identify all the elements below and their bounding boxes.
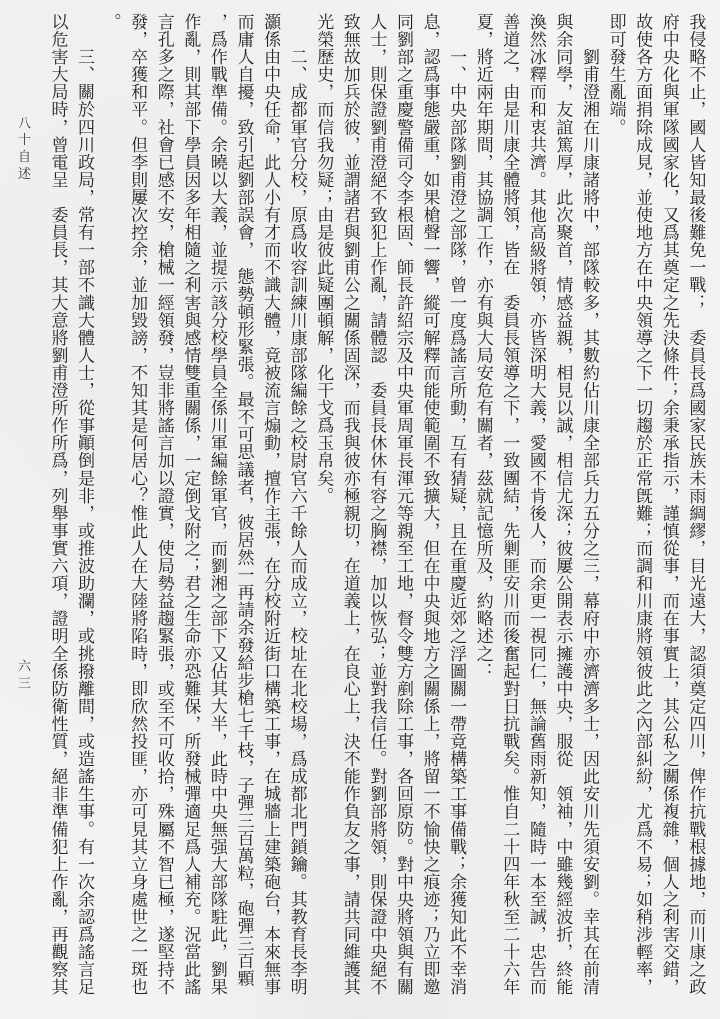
text-column: 致無故加兵於彼，並謂諸君與劉甫公之關係固深，而我與彼亦極親切，在道義上，在良心上… [336,0,363,1005]
text-column: 灝係由中央任命，此人小有才而不識大體，竟被流言煽動，擅作主張，在分校附近街口構築… [256,0,283,1005]
text-column: 以危害大局時，曾電呈 委員長，其大意將劉甫澄所作所爲，列舉事實六項，證明全係防衛… [44,0,71,1005]
body-text: 我侵略不止，國人皆知最後難免一戰； 委員長爲國家民族未雨綢繆，目光遠大，認須奠定… [44,0,708,1019]
text-column: 與余同學，友誼篤厚，此次聚首，情感益親，相見以誠，相信尤深；彼屢公開表示擁護中央… [549,0,576,1005]
page-number: 六三 [13,659,31,693]
text-column: 。 [97,0,124,1005]
text-column: 我侵略不止，國人皆知最後難免一戰； 委員長爲國家民族未雨綢繆，目光遠大，認須奠定… [682,0,709,1005]
text-column: 夏，將近兩年期間，其協調工作，亦有與大局安危有關者，茲就記憶所及，約略述之： [469,0,496,1005]
running-head: 八十自述 [13,116,31,183]
text-column: 息，認爲事態嚴重，如果槍聲一響，縱可解釋而能使範圍不致擴大，但在中央與地方之關係… [416,0,443,1005]
text-column: 人士，則保證劉甫澄絕不致犯上作亂，請體認 委員長休休有容之胸襟，加以恢弘；並對我… [363,0,390,1005]
text-column: 發，卒獲和平。但李則屢次控余，並加毀謗，不知其是何居心？惟此人在大陸將陷時，即欣… [124,0,151,1005]
text-column: 二、成都軍官分校，原爲收容訓練川康部隊編餘之校尉官六千餘人而成立，校址在北校場，… [283,0,310,1005]
text-column: 而庸人自擾，致引起劉部誤會， 態勢頓形緊張。最不可思議者，彼居然一再請余發給步槍… [230,0,257,1005]
text-column: 府中央化與軍隊國家化，又爲其奠定之先決條件；余秉承指示，謹慎從事，而在事實上，其… [655,0,682,1005]
text-column: 光榮歷史，而信我勿疑；由是彼此疑團頓解，化干戈爲玉帛矣。 [310,0,337,1005]
text-column: ，爲作戰準備。余曉以大義，並提示該分校學員全係川軍編餘軍官，而劉湘之部下又佔其大… [203,0,230,1005]
text-column: 同劉部之重慶警備司令李根固、師長許紹宗及中央軍周軍長渾元等親至工地，督令雙方剷除… [389,0,416,1005]
text-column: 三、關於四川政局，常有一部不識大體人士，從事顚倒是非，或推波助瀾，或挑撥離間，或… [70,0,97,1005]
text-column: 言孔多之際，社會已感不安，槍械一經領發，豈非將謠言加以證實，使局勢益趨緊張，或至… [150,0,177,1005]
text-column: 劉甫澄湘在川康諸將中，部隊較多，其數約佔川康全部兵力五分之三，幕府中亦濟濟多士，… [575,0,602,1005]
text-column: 善道之，由是川康全體將領，皆在 委員長領導之下，一致團結，先剿匪安川而後奮起對日… [496,0,523,1005]
book-page: 我侵略不止，國人皆知最後難免一戰； 委員長爲國家民族未雨綢繆，目光遠大，認須奠定… [0,0,720,1019]
text-column: 渙然冰釋而和衷共濟。其他高級將領，亦皆深明大義，愛國不肯後人，而余更一視同仁，無… [522,0,549,1005]
text-column: 即可發生亂端。 [602,0,629,1005]
text-column: 故使各方面捐除成見，並使地方在中央領導之下一切趨於正常旣難；而調和川康將領彼此之… [629,0,656,1005]
text-column: 作亂，則其部下學員因多年相隨之利害與感情雙重關係，一定倒戈附之；君之生命亦恐難保… [177,0,204,1005]
text-column: 一、中央部隊劉甫澄之部隊，曾一度爲謠言所動，互有猜疑，且在重慶近郊之浮圖關一帶竟… [443,0,470,1005]
